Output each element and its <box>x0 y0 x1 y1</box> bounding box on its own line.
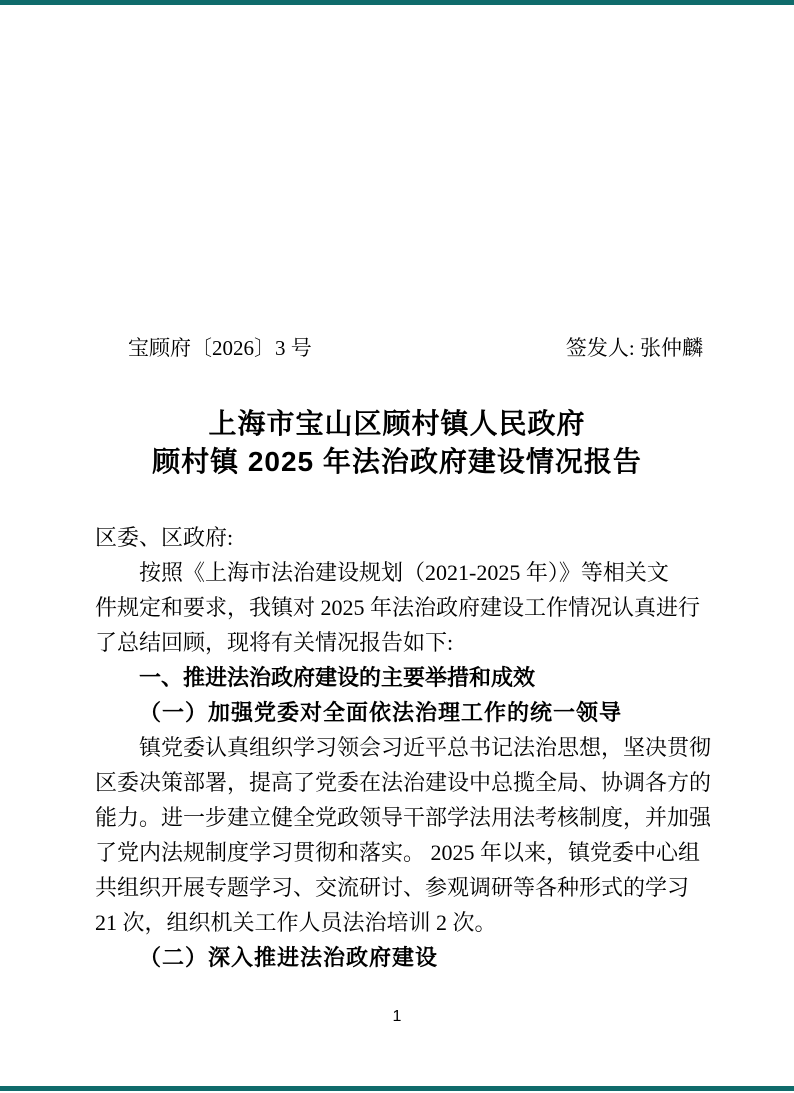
para-2-line-1: 镇党委认真组织学习领会习近平总书记法治思想，坚决贯彻 <box>95 730 701 765</box>
document-title: 上海市宝山区顾村镇人民政府 顾村镇 2025 年法治政府建设情况报告 <box>0 405 794 481</box>
document-page: 宝顾府〔2026〕3 号 签发人: 张仲麟 上海市宝山区顾村镇人民政府 顾村镇 … <box>0 0 794 1093</box>
doc-number: 宝顾府〔2026〕3 号 <box>128 334 312 362</box>
para-2-line-4: 了党内法规制度学习贯彻和落实。 2025 年以来，镇党委中心组 <box>95 835 701 870</box>
salutation: 区委、区政府: <box>95 520 701 555</box>
para-2-line-5: 共组织开展专题学习、交流研讨、参观调研等各种形式的学习 <box>95 870 701 905</box>
top-rule <box>0 0 794 5</box>
para-1-line-2: 件规定和要求，我镇对 2025 年法治政府建设工作情况认真进行 <box>95 590 701 625</box>
page-number: 1 <box>0 1006 794 1028</box>
heading-1-2: （二）深入推进法治政府建设 <box>95 940 701 975</box>
para-1-line-1: 按照《上海市法治建设规划（2021-2025 年）》等相关文 <box>95 555 701 590</box>
para-1-line-3: 了总结回顾，现将有关情况报告如下: <box>95 625 701 660</box>
title-line-1: 上海市宝山区顾村镇人民政府 <box>0 405 794 443</box>
para-2-line-6: 21 次，组织机关工作人员法治培训 2 次。 <box>95 905 701 940</box>
letterhead-row: 宝顾府〔2026〕3 号 签发人: 张仲麟 <box>128 334 703 362</box>
bottom-rule <box>0 1086 794 1091</box>
para-2-line-2: 区委决策部署，提高了党委在法治建设中总揽全局、协调各方的 <box>95 765 701 800</box>
document-body: 区委、区政府:按照《上海市法治建设规划（2021-2025 年）》等相关文件规定… <box>95 520 701 975</box>
issuer: 签发人: 张仲麟 <box>566 334 703 362</box>
title-line-2: 顾村镇 2025 年法治政府建设情况报告 <box>0 443 794 481</box>
para-2-line-3: 能力。进一步建立健全党政领导干部学法用法考核制度，并加强 <box>95 800 701 835</box>
heading-1-1: （一）加强党委对全面依法治理工作的统一领导 <box>95 695 701 730</box>
heading-1: 一、推进法治政府建设的主要举措和成效 <box>95 660 701 695</box>
